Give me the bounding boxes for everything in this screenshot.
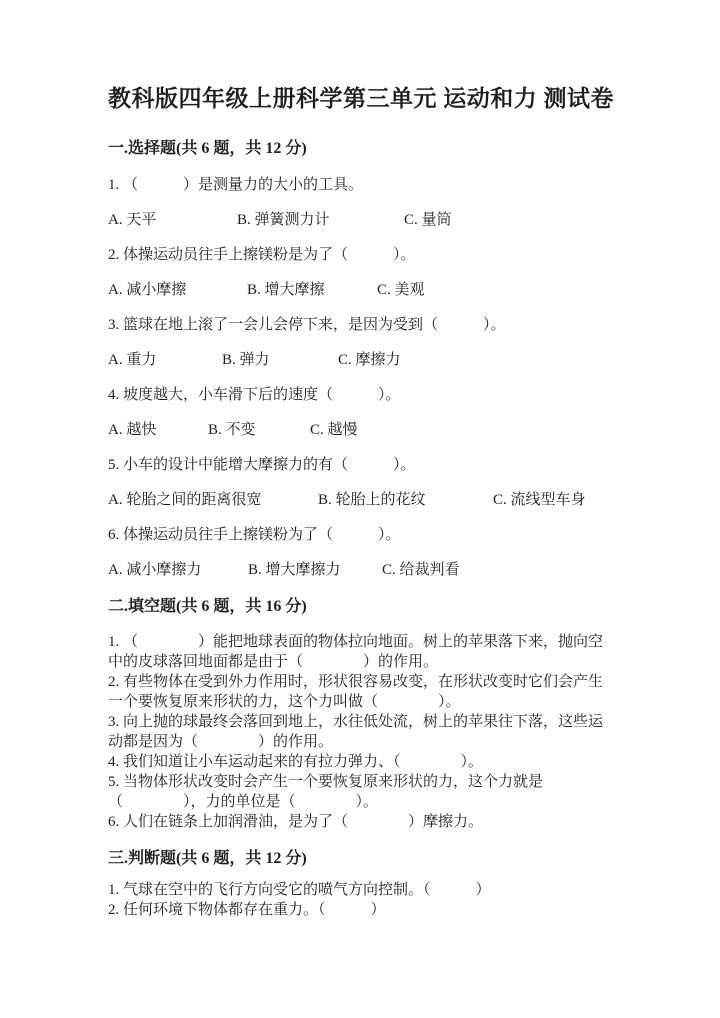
option-c: C. 流线型车身 (493, 490, 586, 510)
fill-item: 2. 有些物体在受到外力作用时，形状很容易改变，在形状改变时它们会产生一个要恢复… (108, 672, 612, 712)
judge-items: 1. 气球在空中的飞行方向受它的喷气方向控制。（ ） 2. 任何环境下物体都存在… (108, 880, 612, 920)
judge-item: 1. 气球在空中的飞行方向受它的喷气方向控制。（ ） (108, 880, 612, 900)
question-text: 5. 小车的设计中能增大摩擦力的有（ ）。 (108, 455, 612, 475)
option-b: B. 轮胎上的花纹 (318, 490, 493, 510)
fill-item: 6. 人们在链条上加润滑油，是为了（ ）摩擦力。 (108, 812, 612, 832)
option-a: A. 轮胎之间的距离很宽 (108, 490, 318, 510)
option-c: C. 越慢 (310, 420, 358, 440)
options-row: A. 越快 B. 不变 C. 越慢 (108, 420, 612, 440)
options-row: A. 减小摩擦 B. 增大摩擦 C. 美观 (108, 280, 612, 300)
option-a: A. 减小摩擦 (108, 280, 247, 300)
section-heading: 三.判断题(共 6 题，共 12 分) (108, 848, 612, 870)
option-a: A. 减小摩擦力 (108, 560, 248, 580)
question-text: 6. 体操运动员往手上擦镁粉为了（ ）。 (108, 525, 612, 545)
test-paper-page: 教科版四年级上册科学第三单元 运动和力 测试卷 一.选择题(共 6 题，共 12… (0, 0, 720, 1018)
option-c: C. 量筒 (404, 210, 452, 230)
option-b: B. 增大摩擦力 (248, 560, 382, 580)
option-a: A. 重力 (108, 350, 222, 370)
fill-item: 5. 当物体形状改变时会产生一个要恢复原来形状的力，这个力就是 （ ），力的单位… (108, 772, 612, 812)
option-a: A. 天平 (108, 210, 237, 230)
question-text: 4. 坡度越大，小车滑下后的速度（ ）。 (108, 385, 612, 405)
option-b: B. 增大摩擦 (247, 280, 377, 300)
section-choice: 一.选择题(共 6 题，共 12 分) 1. （ ）是测量力的大小的工具。 A.… (108, 138, 612, 580)
section-heading: 二.填空题(共 6 题，共 16 分) (108, 596, 612, 618)
options-row: A. 天平 B. 弹簧测力计 C. 量筒 (108, 210, 612, 230)
option-b: B. 不变 (208, 420, 310, 440)
question-text: 3. 篮球在地上滚了一会儿会停下来，是因为受到（ ）。 (108, 315, 612, 335)
doc-title: 教科版四年级上册科学第三单元 运动和力 测试卷 (108, 86, 612, 112)
option-a: A. 越快 (108, 420, 208, 440)
option-b: B. 弹簧测力计 (237, 210, 404, 230)
fill-item: 4. 我们知道让小车运动起来的有拉力弹力、（ ）。 (108, 752, 612, 772)
section-fill: 二.填空题(共 6 题，共 16 分) 1. （ ）能把地球表面的物体拉向地面。… (108, 596, 612, 832)
options-row: A. 重力 B. 弹力 C. 摩擦力 (108, 350, 612, 370)
question-text: 2. 体操运动员往手上擦镁粉是为了（ ）。 (108, 245, 612, 265)
judge-item: 2. 任何环境下物体都存在重力。（ ） (108, 900, 612, 920)
options-row: A. 减小摩擦力 B. 增大摩擦力 C. 给裁判看 (108, 560, 612, 580)
option-c: C. 摩擦力 (338, 350, 401, 370)
section-judge: 三.判断题(共 6 题，共 12 分) 1. 气球在空中的飞行方向受它的喷气方向… (108, 848, 612, 920)
fill-items: 1. （ ）能把地球表面的物体拉向地面。树上的苹果落下来，抛向空中的皮球落回地面… (108, 632, 612, 832)
fill-item: 3. 向上抛的球最终会落回到地上，水往低处流，树上的苹果往下落，这些运动都是因为… (108, 712, 612, 752)
question-text: 1. （ ）是测量力的大小的工具。 (108, 175, 612, 195)
option-c: C. 给裁判看 (382, 560, 460, 580)
option-b: B. 弹力 (222, 350, 338, 370)
section-heading: 一.选择题(共 6 题，共 12 分) (108, 138, 612, 160)
fill-item: 1. （ ）能把地球表面的物体拉向地面。树上的苹果落下来，抛向空中的皮球落回地面… (108, 632, 612, 672)
options-row: A. 轮胎之间的距离很宽 B. 轮胎上的花纹 C. 流线型车身 (108, 490, 612, 510)
option-c: C. 美观 (377, 280, 425, 300)
